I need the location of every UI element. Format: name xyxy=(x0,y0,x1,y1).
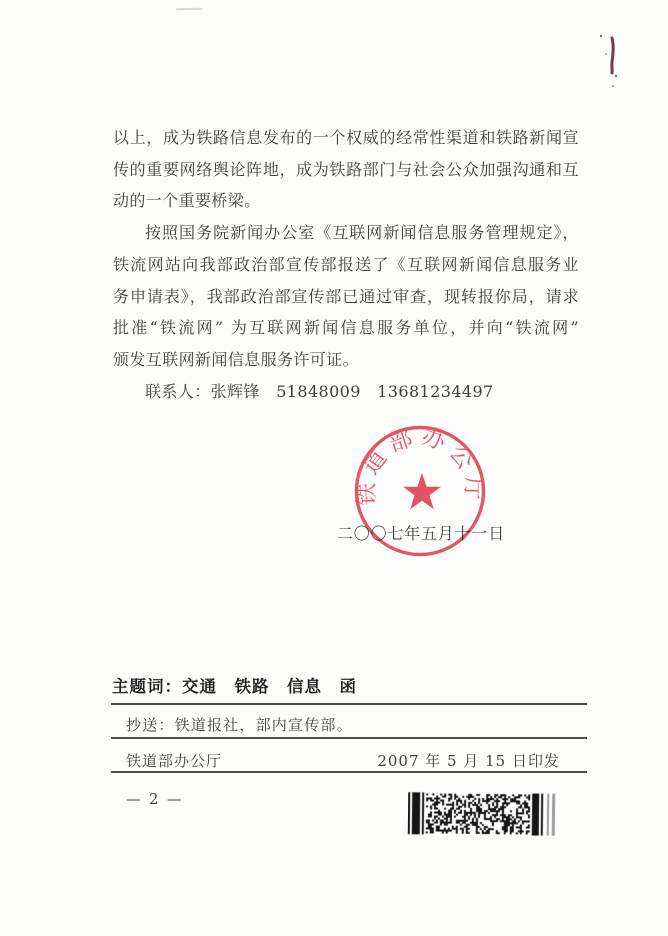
letter-body: 以上，成为铁路信息发布的一个权威的经常性渠道和铁路新闻宣 传的重要网络舆论阵地，… xyxy=(113,122,579,407)
keywords-row: 主题词：交通 铁路 信息 函 xyxy=(112,673,357,697)
keywords-value: 交通 铁路 信息 函 xyxy=(182,677,357,696)
issuer-row: 铁道部办公厅 2007 年 5 月 15 日印发 xyxy=(126,750,560,771)
body-line: 颁发互联网新闻信息服务许可证。 xyxy=(113,344,579,376)
divider xyxy=(111,737,587,739)
body-line: 批准“铁流网” 为互联网新闻信息服务单位，并向“铁流网” xyxy=(113,312,579,344)
cc-label: 抄送： xyxy=(126,716,175,734)
seal-star-icon xyxy=(403,473,441,509)
body-line: 务申请表》，我部政治部宣传部已通过审查，现转报你局，请求 xyxy=(113,281,579,313)
keywords-label: 主题词： xyxy=(112,677,182,696)
body-line: 动的一个重要桥梁。 xyxy=(113,185,579,217)
contact-line: 联系人：张辉锋 51848009 13681234497 xyxy=(113,376,579,408)
cc-row: 抄送：铁道报社，部内宣传部。 xyxy=(126,714,353,735)
body-line: 铁流网站向我部政治部宣传部报送了《互联网新闻信息服务业 xyxy=(113,249,579,281)
barcode xyxy=(408,791,558,837)
body-line: 传的重要网络舆论阵地，成为铁路部门与社会公众加强沟通和互 xyxy=(113,154,579,186)
body-line: 按照国务院新闻办公室《互联网新闻信息服务管理规定》， xyxy=(113,217,579,249)
print-date: 2007 年 5 月 15 日印发 xyxy=(377,750,560,771)
official-seal: 铁道部办公厅 xyxy=(352,423,488,559)
ink-mark xyxy=(595,30,625,92)
divider xyxy=(111,771,587,773)
scan-smudge xyxy=(176,8,203,10)
divider xyxy=(111,703,587,705)
body-line: 以上，成为铁路信息发布的一个权威的经常性渠道和铁路新闻宣 xyxy=(113,122,579,154)
issuer-name: 铁道部办公厅 xyxy=(126,750,222,771)
page-number: — 2 — xyxy=(126,792,183,808)
document-page: 以上，成为铁路信息发布的一个权威的经常性渠道和铁路新闻宣 传的重要网络舆论阵地，… xyxy=(0,0,668,936)
cc-value: 铁道报社，部内宣传部。 xyxy=(175,716,353,734)
